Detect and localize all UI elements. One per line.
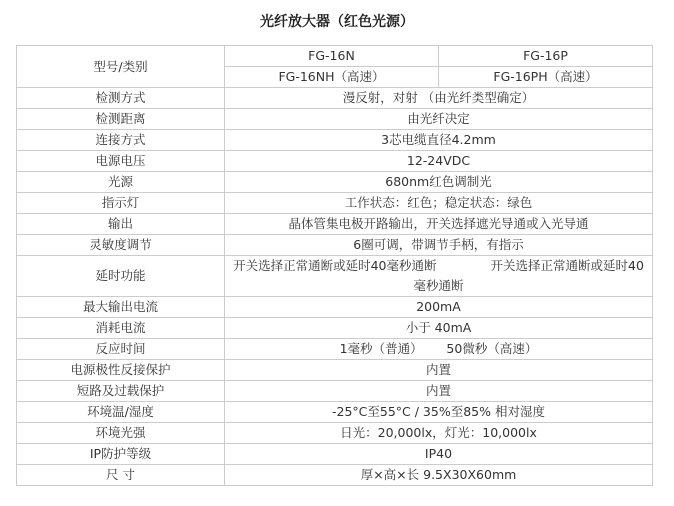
- table-row: 检测距离 由光纤决定: [17, 109, 653, 130]
- table-row: 指示灯 工作状态：红色；稳定状态：绿色: [17, 193, 653, 214]
- row-label: 消耗电流: [17, 318, 225, 339]
- row-label: 输出: [17, 214, 225, 235]
- table-row: 输出 晶体管集电极开路输出，开关选择遮光导通或入光导通: [17, 214, 653, 235]
- table-row: 灵敏度调节 6圈可调，带调节手柄，有指示: [17, 235, 653, 256]
- table-row: 尺 寸 厚×高×长 9.5X30X60mm: [17, 465, 653, 486]
- row-value: IP40: [225, 444, 653, 465]
- table-row: 环境温/湿度 -25°C至55°C / 35%至85% 相对湿度: [17, 402, 653, 423]
- row-label: 电源电压: [17, 151, 225, 172]
- row-label: 指示灯: [17, 193, 225, 214]
- row-value: 12-24VDC: [225, 151, 653, 172]
- model-label: 型号/类别: [17, 46, 225, 88]
- table-row: 最大输出电流 200mA: [17, 297, 653, 318]
- row-value: 6圈可调，带调节手柄，有指示: [225, 235, 653, 256]
- row-value: 工作状态：红色；稳定状态：绿色: [225, 193, 653, 214]
- table-row-delay: 延时功能 开关选择正常通断或延时40毫秒通断开关选择正常通断或延时40毫秒通断: [17, 256, 653, 297]
- table-row: 反应时间 1毫秒（普通） 50微秒（高速）: [17, 339, 653, 360]
- table-row: IP防护等级 IP40: [17, 444, 653, 465]
- table-row: 短路及过载保护 内置: [17, 381, 653, 402]
- table-row: 电源极性反接保护 内置: [17, 360, 653, 381]
- row-label: 短路及过载保护: [17, 381, 225, 402]
- model-fg16p: FG-16P: [439, 46, 653, 67]
- table-row: 电源电压 12-24VDC: [17, 151, 653, 172]
- row-label: 反应时间: [17, 339, 225, 360]
- row-value: 小于 40mA: [225, 318, 653, 339]
- delay-value-b: 开关选择正常通断或延时40毫秒通断: [413, 258, 643, 293]
- row-label: 检测距离: [17, 109, 225, 130]
- table-row: 光源 680nm红色调制光: [17, 172, 653, 193]
- delay-value-a: 开关选择正常通断或延时40毫秒通断: [233, 258, 436, 273]
- row-label: 光源: [17, 172, 225, 193]
- row-value: 漫反射，对射 （由光纤类型确定）: [225, 88, 653, 109]
- row-label: 连接方式: [17, 130, 225, 151]
- row-value: 内置: [225, 360, 653, 381]
- table-row-model: 型号/类别 FG-16N FG-16P: [17, 46, 653, 67]
- model-fg16ph: FG-16PH（高速）: [439, 67, 653, 88]
- model-fg16n: FG-16N: [225, 46, 439, 67]
- row-label: 最大输出电流: [17, 297, 225, 318]
- row-label: 电源极性反接保护: [17, 360, 225, 381]
- row-label: 检测方式: [17, 88, 225, 109]
- page-title: 光纤放大器（红色光源）: [0, 12, 674, 32]
- row-value: 3芯电缆直径4.2mm: [225, 130, 653, 151]
- table-row: 环境光强 日光：20,000lx，灯光：10,000lx: [17, 423, 653, 444]
- row-value: 日光：20,000lx，灯光：10,000lx: [225, 423, 653, 444]
- row-label: 延时功能: [17, 256, 225, 297]
- row-label: 灵敏度调节: [17, 235, 225, 256]
- row-value: 晶体管集电极开路输出，开关选择遮光导通或入光导通: [225, 214, 653, 235]
- row-value-delay: 开关选择正常通断或延时40毫秒通断开关选择正常通断或延时40毫秒通断: [225, 256, 653, 297]
- spec-table: 型号/类别 FG-16N FG-16P FG-16NH（高速） FG-16PH（…: [16, 45, 653, 486]
- row-value: 680nm红色调制光: [225, 172, 653, 193]
- row-value: 200mA: [225, 297, 653, 318]
- table-row: 连接方式 3芯电缆直径4.2mm: [17, 130, 653, 151]
- row-value: 由光纤决定: [225, 109, 653, 130]
- row-value: 内置: [225, 381, 653, 402]
- row-label: 环境光强: [17, 423, 225, 444]
- row-label: 环境温/湿度: [17, 402, 225, 423]
- row-value: 1毫秒（普通） 50微秒（高速）: [225, 339, 653, 360]
- row-value: -25°C至55°C / 35%至85% 相对湿度: [225, 402, 653, 423]
- row-label: IP防护等级: [17, 444, 225, 465]
- row-label: 尺 寸: [17, 465, 225, 486]
- row-value: 厚×高×长 9.5X30X60mm: [225, 465, 653, 486]
- table-row: 检测方式 漫反射，对射 （由光纤类型确定）: [17, 88, 653, 109]
- table-row: 消耗电流 小于 40mA: [17, 318, 653, 339]
- model-fg16nh: FG-16NH（高速）: [225, 67, 439, 88]
